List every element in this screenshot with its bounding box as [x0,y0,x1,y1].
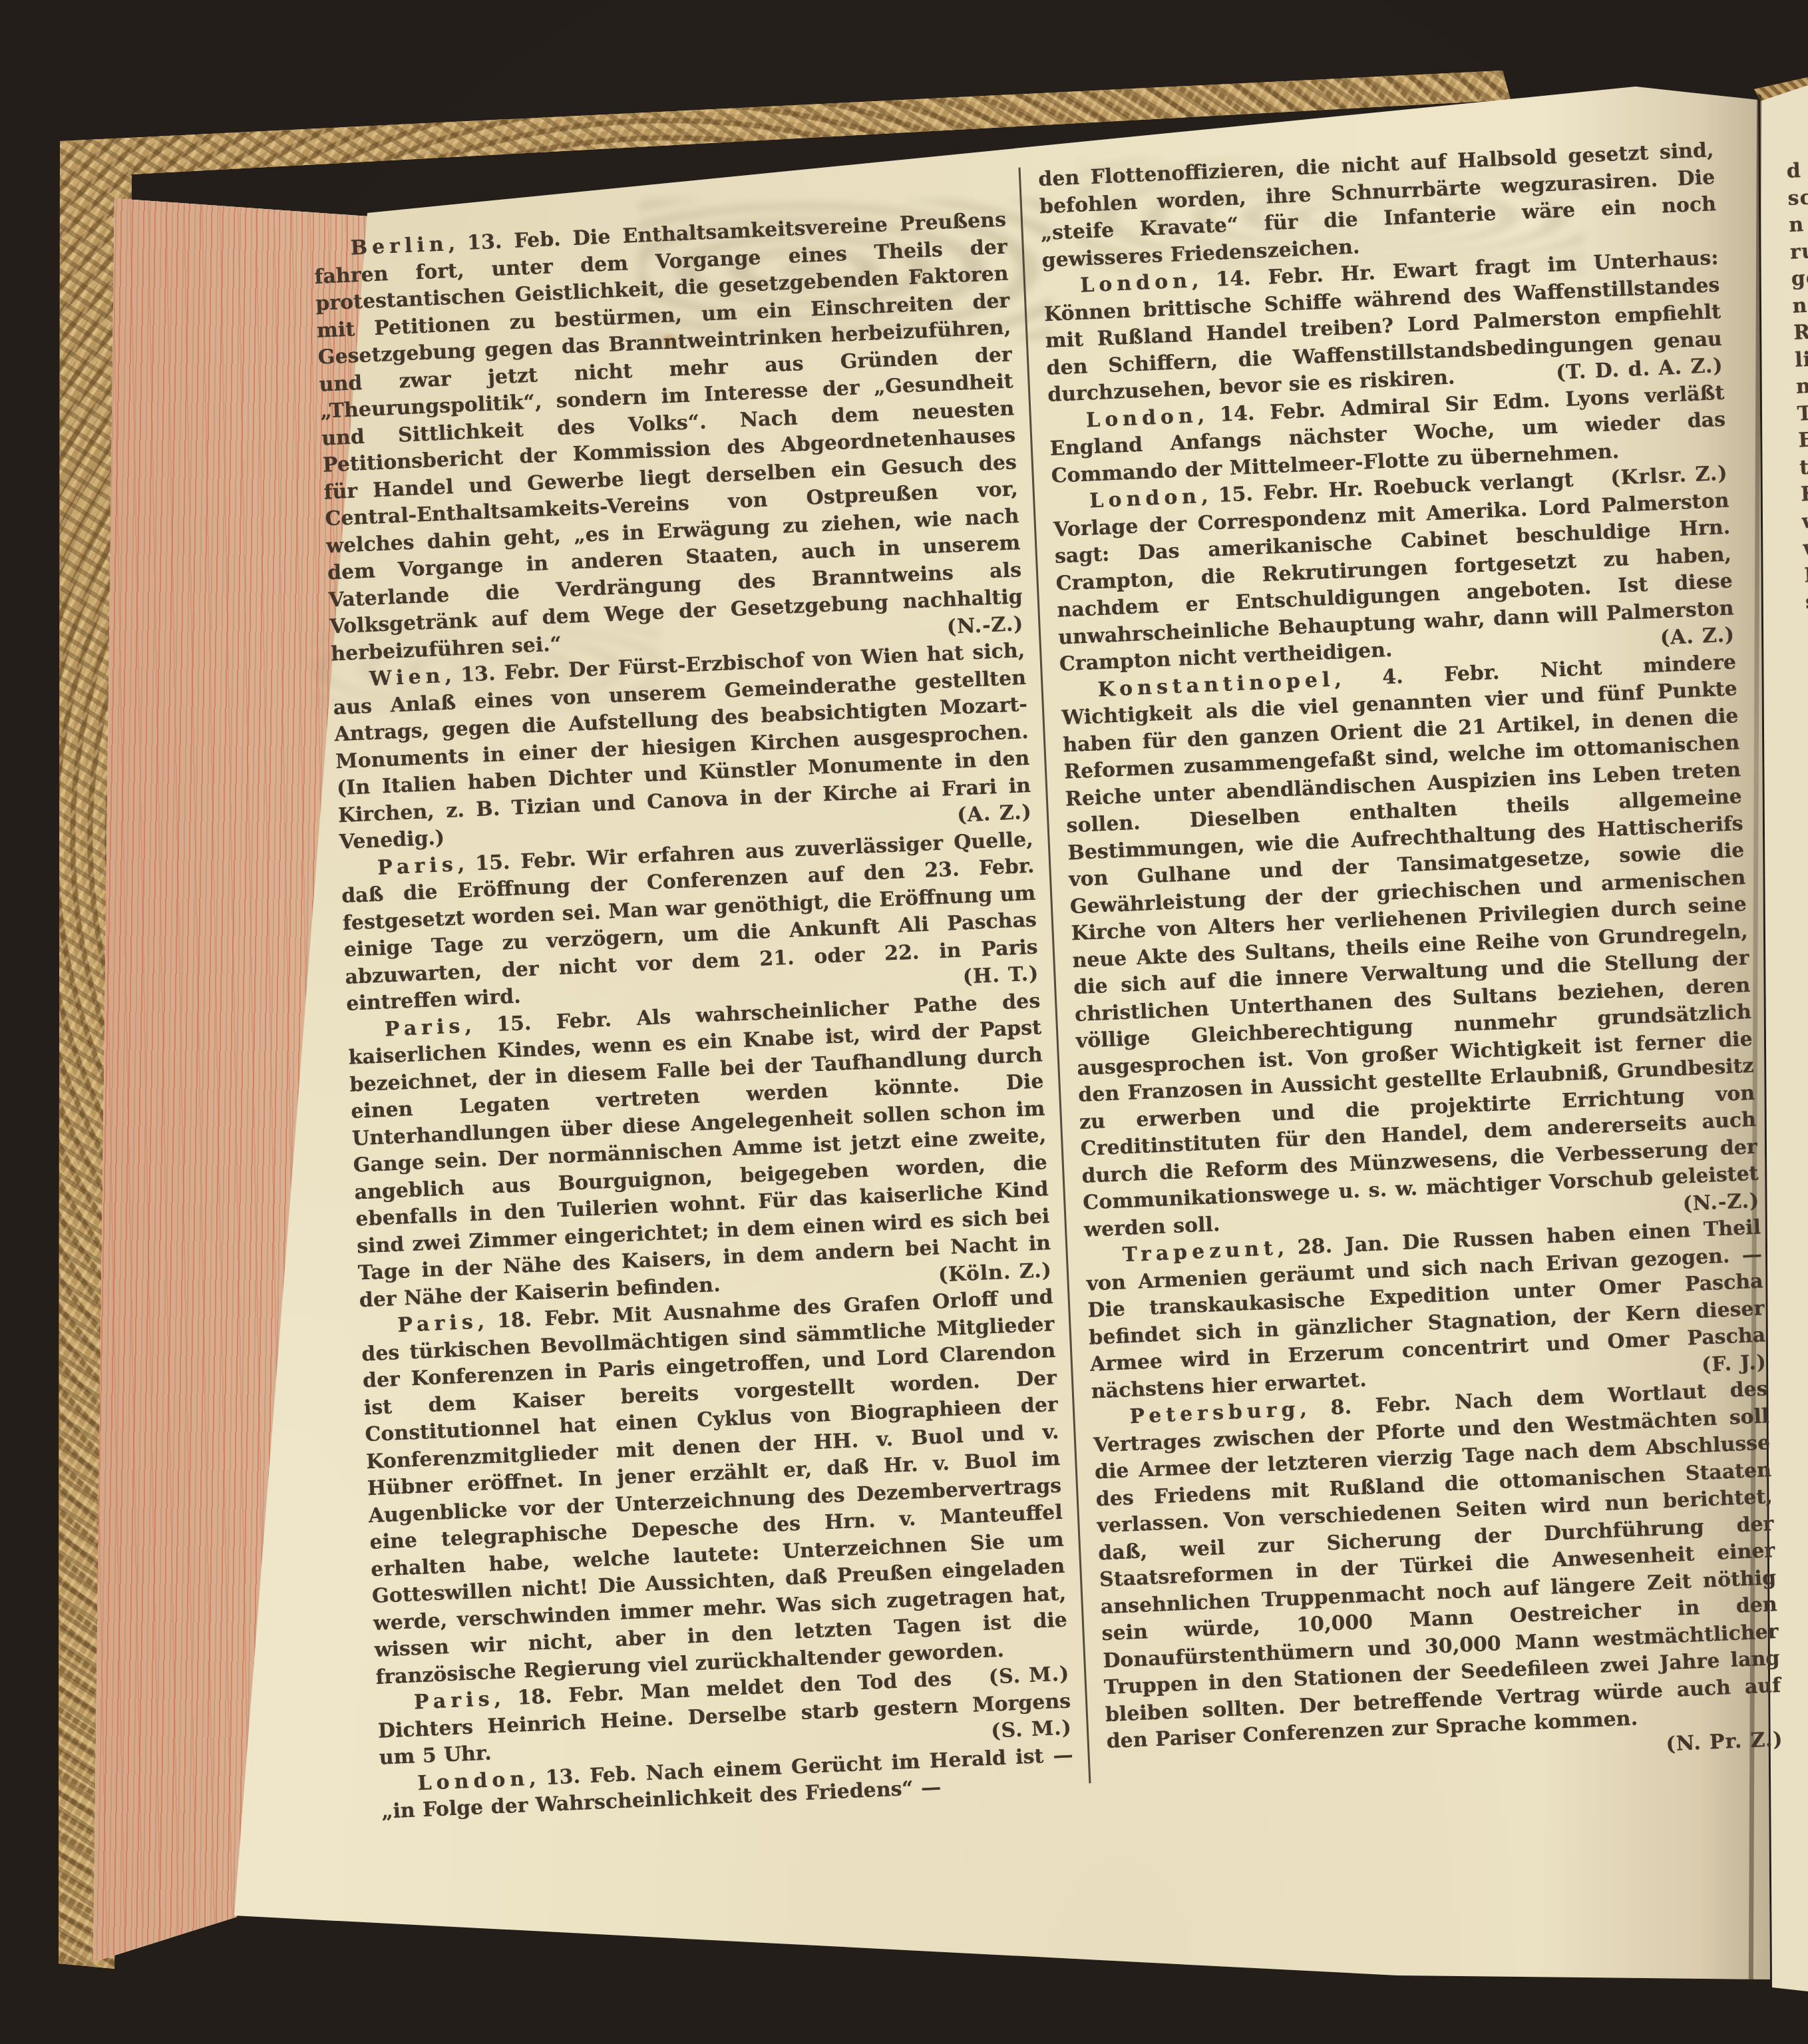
news-article: London, 15. Febr. Hr. Roebuck verlangt V… [1052,461,1735,679]
article-dateline: London [1089,485,1202,512]
article-source: (A. Z.) [920,799,1033,831]
article-source: (F. J.) [1664,1349,1767,1380]
news-article: Paris, 15. Febr. Wir erfahren aus zuverl… [340,826,1040,1018]
article-date: , 15. Febr. [457,847,577,876]
article-dateline: London [417,1767,530,1795]
article-dateline: Petersburg [1129,1398,1300,1428]
article-date: , 8. Febr. [1300,1392,1431,1421]
article-date: , 18. Febr. [494,1682,625,1711]
news-article: Wien, 13. Febr. Der Fürst-Erzbischof von… [331,638,1032,857]
article-dateline: Berlin [350,232,449,260]
article-dateline: Wien [369,664,445,691]
article-dateline: Trapezunt [1122,1237,1278,1267]
article-dateline: London [1085,404,1198,432]
article-date: , 15. Febr. [464,1008,612,1038]
article-date: , 18. Febr. [477,1305,600,1334]
article-source: (H. T.) [925,960,1039,992]
article-date: , 13. Feb. [528,1762,637,1790]
text-block: Berlin, 13. Feb. Die Enthaltsamkeitsvere… [313,176,1787,1853]
article-dateline: Paris [413,1687,494,1714]
column-left: Berlin, 13. Feb. Die Enthaltsamkeitsvere… [313,207,1075,1826]
article-dateline: Paris [397,1311,478,1337]
column-right: den Flottenoffizieren, die nicht auf Hal… [1018,137,1783,1783]
article-date: , 13. Febr. [445,659,560,688]
news-article: Trapezunt, 28. Jan. Die Russen haben ein… [1085,1215,1767,1406]
article-dateline: Paris [384,1014,465,1041]
news-article: Konstantinopel, 4. Febr. Nicht mindere W… [1060,649,1760,1244]
news-article: Paris, 15. Febr. Als wahrscheinlicher Pa… [347,988,1052,1315]
article-date: , 14. Febr. [1197,398,1326,427]
article-body: Nach dem Wortlaut des Vertrages zwischen… [1093,1377,1781,1753]
article-body: Nicht mindere Wichtigkeit als die viel g… [1061,650,1759,1242]
article-body: Mit Ausnahme des Grafen Orloff und des t… [361,1285,1068,1689]
article-dateline: Paris [377,853,458,879]
article-dateline: London [1080,269,1192,297]
article-date: , 15. Febr. [1200,479,1319,508]
article-body: Die Enthaltsamkeitsvereine Preußens fahr… [314,208,1023,666]
article-date: , 13. Feb. [448,228,562,256]
scanned-book-photo: { "columns": { "left": { "articles": [ {… [0,0,1808,2044]
news-article: Paris, 18. Febr. Mit Ausnahme des Grafen… [360,1284,1069,1691]
news-article: Petersburg, 8. Febr. Nach dem Wortlaut d… [1092,1376,1783,1755]
article-source: (A. Z.) [1622,622,1735,654]
article-source: (S. M.) [954,1715,1073,1746]
news-article: Berlin, 13. Feb. Die Enthaltsamkeitsvere… [313,207,1024,668]
article-date: , 4. Febr. [1334,660,1500,691]
article-source: (N. Pr. Z.) [1628,1726,1784,1760]
article-date: , 28. Jan. [1277,1232,1389,1260]
article-date: , 14. Febr. [1191,264,1324,293]
article-source: (S. M.) [951,1661,1070,1693]
